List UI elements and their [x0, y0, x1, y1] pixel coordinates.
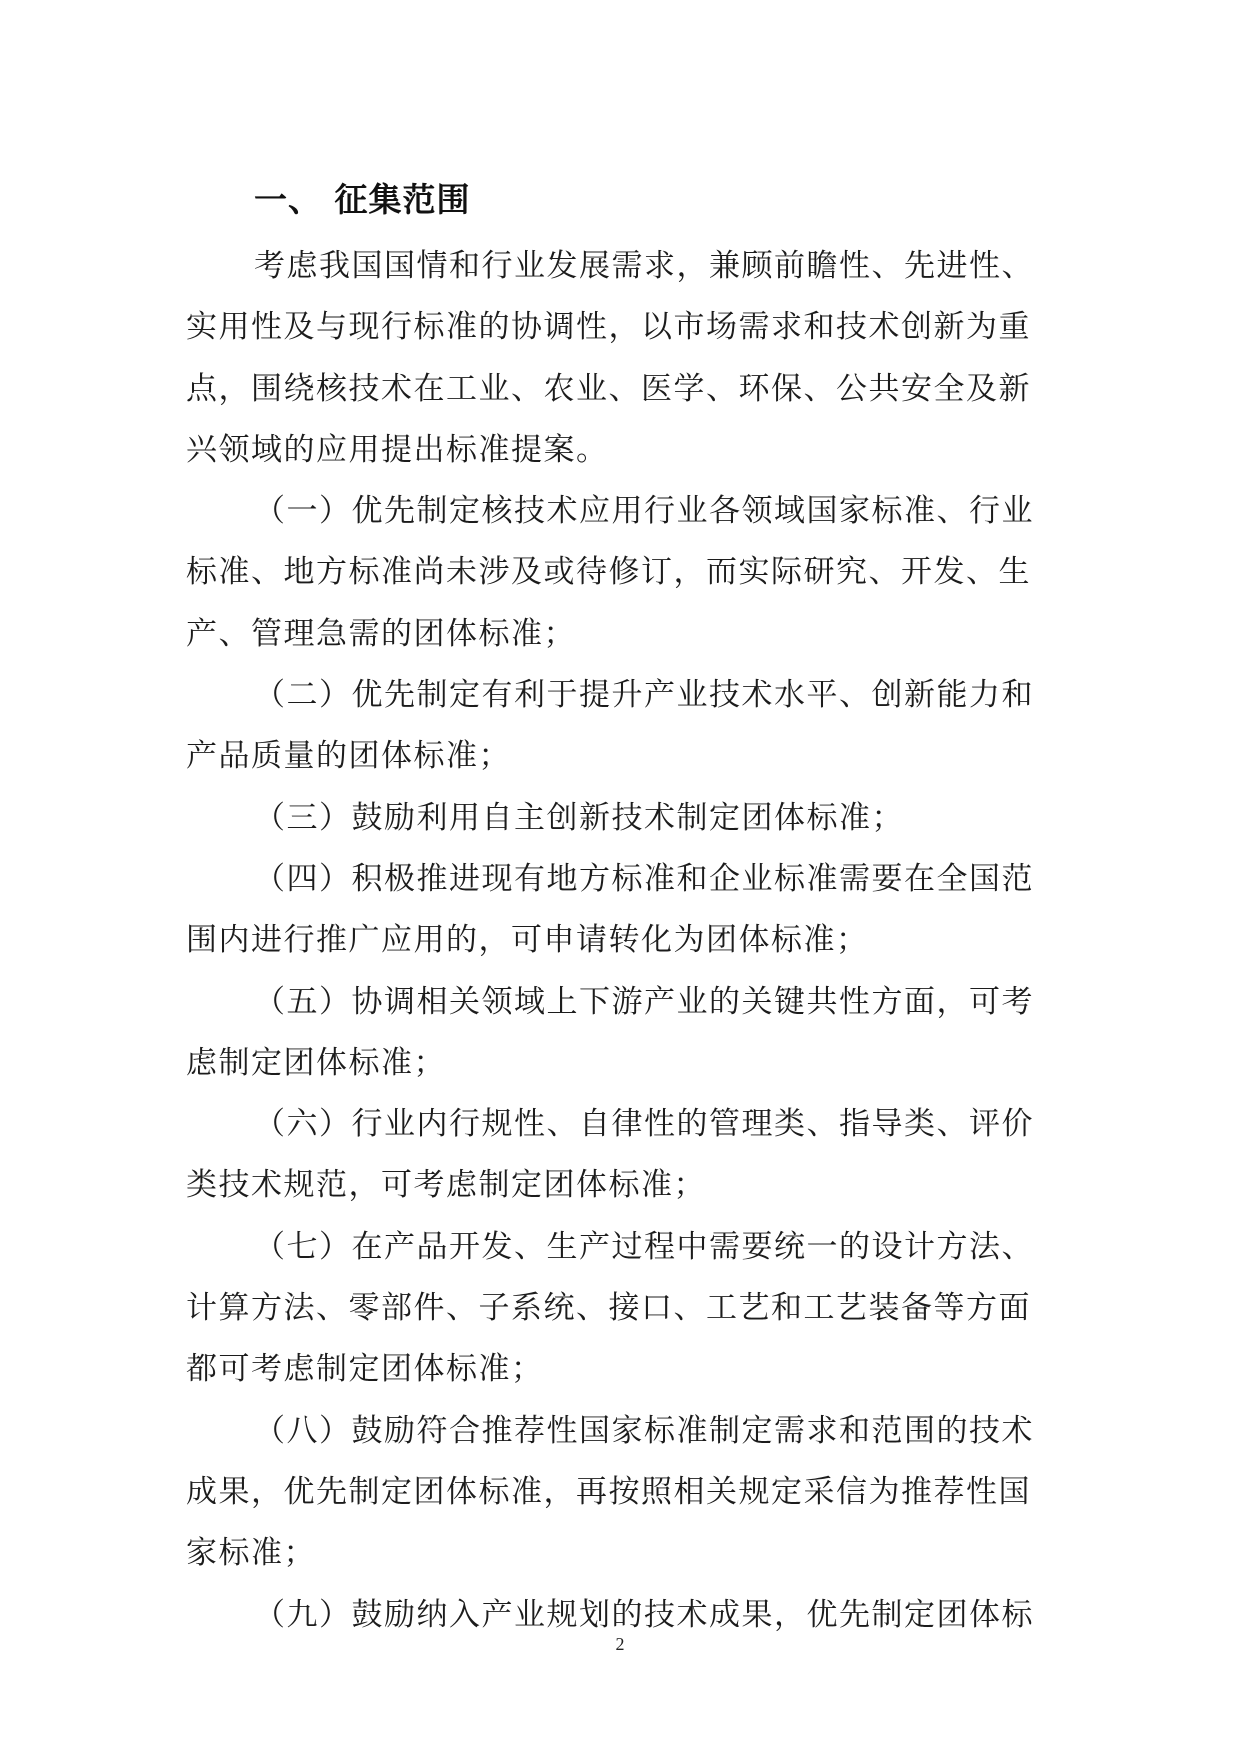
text-line: 实用性及与现行标准的协调性，以市场需求和技术创新为重 — [186, 297, 1066, 358]
text-line: 标准、地方标准尚未涉及或待修订，而实际研究、开发、生 — [186, 542, 1066, 603]
text-line: （四）积极推进现有地方标准和企业标准需要在全国范 — [186, 849, 1066, 910]
text-line: 家标准； — [186, 1523, 1066, 1584]
text-line: 产、管理急需的团体标准； — [186, 604, 1066, 665]
text-line: 产品质量的团体标准； — [186, 726, 1066, 787]
text-line: 计算方法、零部件、子系统、接口、工艺和工艺装备等方面 — [186, 1278, 1066, 1339]
text-line: 成果，优先制定团体标准，再按照相关规定采信为推荐性国 — [186, 1462, 1066, 1523]
text-line: 都可考虑制定团体标准； — [186, 1339, 1066, 1400]
document-page: 一、 征集范围 考虑我国国情和行业发展需求，兼顾前瞻性、先进性、 实用性及与现行… — [0, 0, 1240, 1754]
text-line: （二）优先制定有利于提升产业技术水平、创新能力和 — [186, 665, 1066, 726]
text-line: 考虑我国国情和行业发展需求，兼顾前瞻性、先进性、 — [186, 236, 1066, 297]
page-number: 2 — [0, 1634, 1240, 1655]
text-line: 兴领域的应用提出标准提案。 — [186, 420, 1066, 481]
text-line: （八）鼓励符合推荐性国家标准制定需求和范围的技术 — [186, 1401, 1066, 1462]
text-line: （五）协调相关领域上下游产业的关键共性方面，可考 — [186, 972, 1066, 1033]
text-line: （六）行业内行规性、自律性的管理类、指导类、评价 — [186, 1094, 1066, 1155]
text-line: （三）鼓励利用自主创新技术制定团体标准； — [186, 788, 1066, 849]
text-line: 点，围绕核技术在工业、农业、医学、环保、公共安全及新 — [186, 359, 1066, 420]
text-line: 虑制定团体标准； — [186, 1033, 1066, 1094]
section-heading: 一、 征集范围 — [254, 174, 471, 221]
text-line: （七）在产品开发、生产过程中需要统一的设计方法、 — [186, 1217, 1066, 1278]
text-line: 类技术规范，可考虑制定团体标准； — [186, 1155, 1066, 1216]
body-text: 考虑我国国情和行业发展需求，兼顾前瞻性、先进性、 实用性及与现行标准的协调性，以… — [186, 236, 1066, 1646]
text-line: 围内进行推广应用的，可申请转化为团体标准； — [186, 910, 1066, 971]
text-line: （一）优先制定核技术应用行业各领域国家标准、行业 — [186, 481, 1066, 542]
